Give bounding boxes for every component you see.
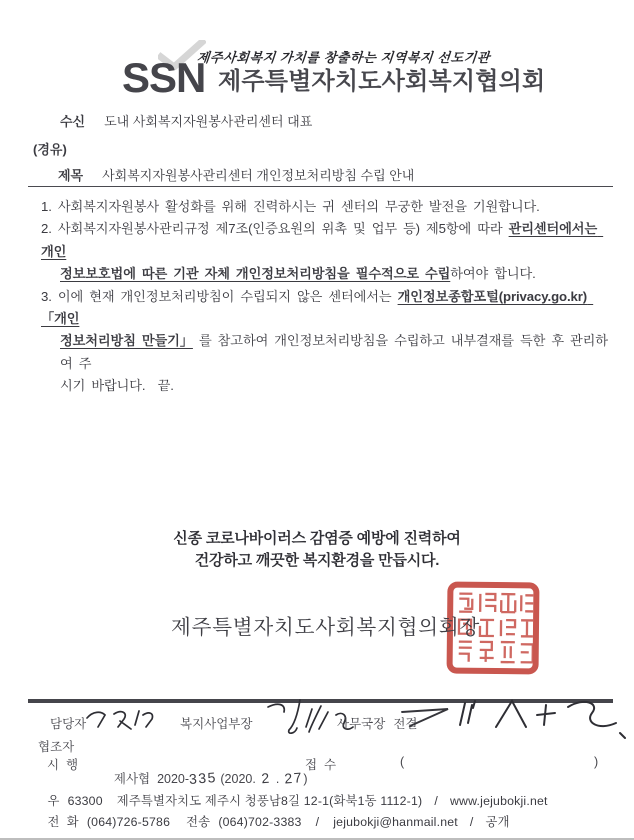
recipient-label: 수신 [60, 114, 85, 129]
subject-divider [28, 186, 613, 187]
disclosure-label: 공개 [486, 815, 510, 829]
receipt-paren-open: ( [400, 755, 404, 769]
paragraph-2-emphasis-cont: 정보보호법에 따른 기관 자체 개인정보처리방침을 필수적으로 수립 [60, 266, 450, 281]
paragraph-1: 1. 사회복지자원봉사 활성화를 위해 진력하시는 귀 센터의 무궁한 발전을 … [41, 196, 609, 218]
document-body: 1. 사회복지자원봉사 활성화를 위해 진력하시는 귀 센터의 무궁한 발전을 … [41, 196, 609, 398]
phone-separator-1: / [316, 815, 320, 829]
secretary-label: 사무국장 [337, 717, 385, 731]
recipient-value: 도내 사회복지자원봉사관리센터 대표 [104, 114, 312, 129]
paragraph-3-line-2: 정보처리방침 만들기」 를 참고하여 개인정보처리방침을 수립하고 내부결재를 … [41, 330, 609, 375]
email-text: jejubokji@hanmail.net [333, 815, 458, 829]
tel-label: 전 화 [47, 815, 78, 829]
receipt-paren-close: ) [594, 755, 598, 769]
drafter-label: 담당자 [50, 714, 86, 732]
jeongyeol-slash-mark [400, 704, 476, 735]
subject-row: 제목사회복지자원봉사관리센터 개인정보처리방침 수립 안내 [58, 165, 414, 184]
header-slogan: 제주사회복지 가치를 창출하는 지역복지 선도기관 [196, 47, 491, 66]
paragraph-2-line-1: 2. 사회복지자원봉사관리규정 제7조(인증요원의 위촉 및 업무 등) 제5항… [41, 218, 609, 263]
phone-row: 전 화(064)726-5786전송(064)702-3383/jejubokj… [33, 798, 510, 840]
subject-label: 제목 [58, 168, 83, 183]
receipt-label: 접 수 [305, 755, 336, 773]
dispatch-label: 시 행 [47, 755, 78, 773]
fax-number: (064)702-3383 [218, 815, 301, 829]
paragraph-2-line-2: 정보보호법에 따른 기관 자체 개인정보처리방침을 필수적으로 수립하여야 합니… [41, 263, 609, 285]
organization-name: 제주특별자치도사회복지협의회 [218, 66, 545, 97]
cooperator-label: 협조자 [38, 737, 74, 755]
campaign-line-2: 건강하고 깨끗한 복지환경을 만듭시다. [0, 550, 634, 572]
signoff-title: 제주특별자치도사회복지협의회장 [171, 610, 480, 640]
paragraph-3-line-1: 3. 이에 현재 개인정보처리방침이 수립되지 않은 센터에서는 개인정보종합포… [41, 286, 609, 331]
paragraph-3-line-3: 시기 바랍니다. 끝. [41, 375, 609, 397]
campaign-line-1: 신종 코로나바이러스 감염증 예방에 진력하여 [0, 528, 634, 550]
phone-separator-2: / [470, 815, 474, 829]
official-document-page: SSN 제주사회복지 가치를 창출하는 지역복지 선도기관 제주특별자치도사회복… [0, 0, 634, 840]
via-label: (경유) [33, 139, 67, 158]
campaign-slogan: 신종 코로나바이러스 감염증 예방에 진력하여 건강하고 깨끗한 복지환경을 만… [0, 528, 634, 572]
tel-number: (064)726-5786 [87, 815, 170, 829]
recipient-row: 수신도내 사회복지자원봉사관리센터 대표 [60, 111, 312, 130]
paragraph-2-text: 2. 사회복지자원봉사관리규정 제7조(인증요원의 위촉 및 업무 등) 제5항… [41, 221, 509, 236]
subject-value: 사회복지자원봉사관리센터 개인정보처리방침 수립 안내 [102, 168, 414, 183]
ssn-logo: SSN [122, 57, 205, 99]
fax-label: 전송 [186, 815, 210, 829]
paragraph-3-emphasis-cont: 정보처리방침 만들기」 [60, 333, 193, 348]
drafter-signature [84, 706, 154, 737]
paragraph-3-text: 3. 이에 현재 개인정보처리방침이 수립되지 않은 센터에서는 [41, 289, 398, 304]
department-head-label: 복지사업부장 [180, 714, 252, 732]
paragraph-2-text-cont: 하여야 합니다. [450, 266, 535, 281]
